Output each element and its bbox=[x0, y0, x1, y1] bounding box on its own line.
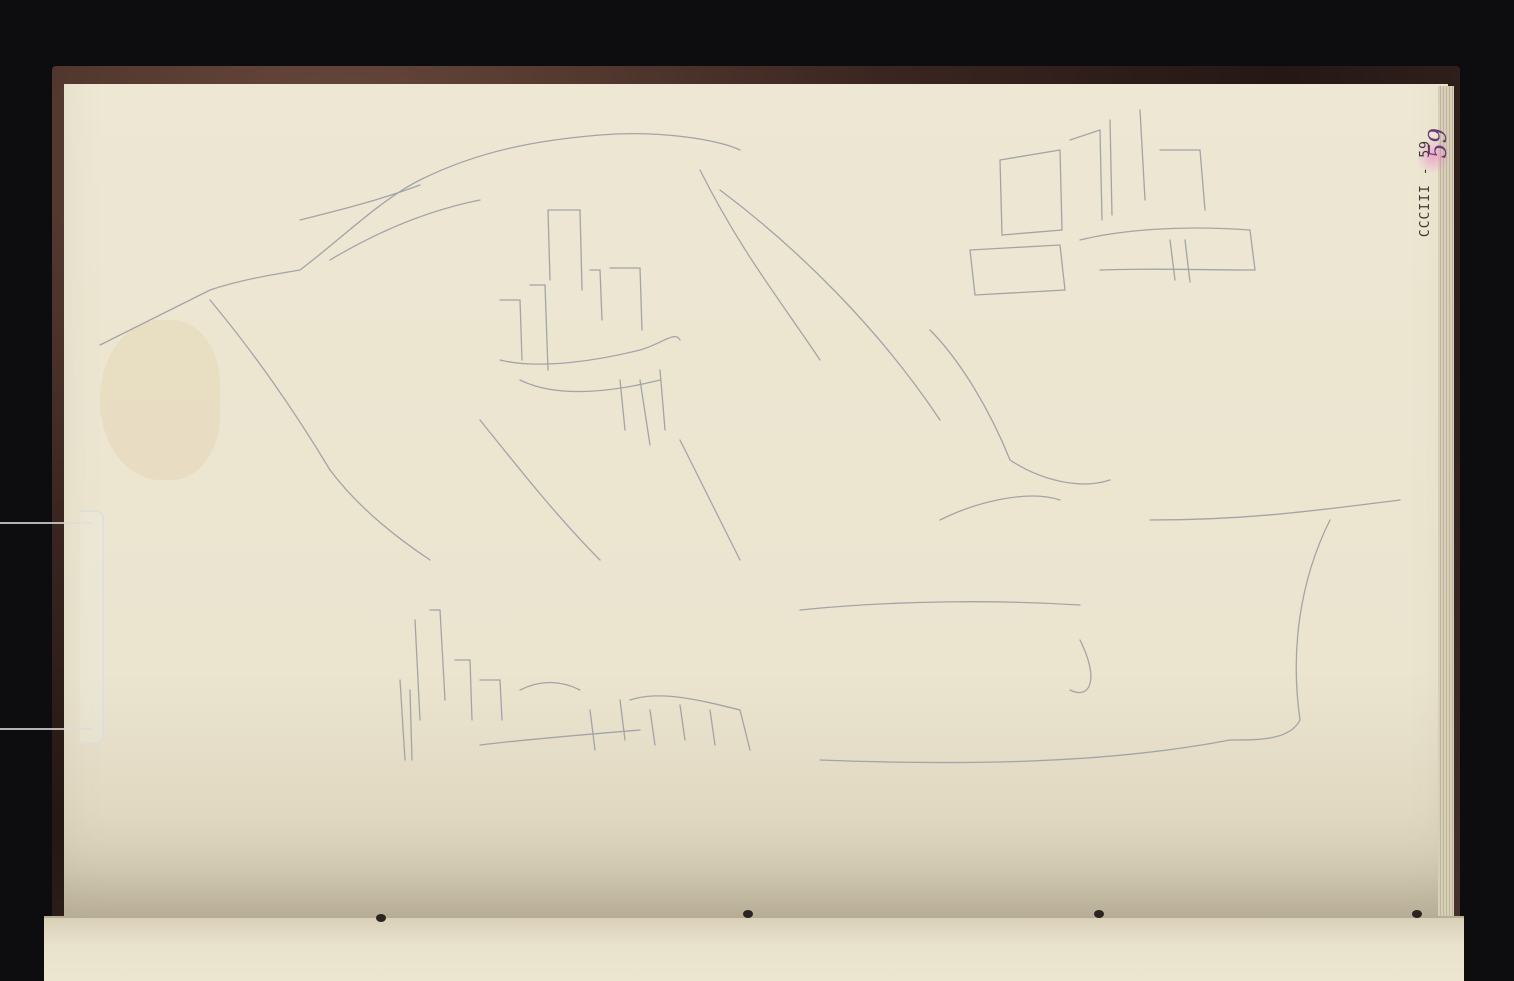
clip-line-top bbox=[0, 522, 92, 524]
binding-stitch bbox=[1412, 910, 1422, 918]
binding-stitch bbox=[743, 910, 753, 918]
pencil-sketch bbox=[0, 0, 1514, 981]
catalogue-stamp: CCCIII - 59 bbox=[1418, 140, 1433, 237]
clip-line-bottom bbox=[0, 728, 92, 730]
binding-stitch bbox=[1094, 910, 1104, 918]
lower-page-leaf bbox=[44, 916, 1464, 981]
binding-stitch bbox=[376, 914, 386, 922]
plastic-clip-tab bbox=[80, 510, 104, 744]
